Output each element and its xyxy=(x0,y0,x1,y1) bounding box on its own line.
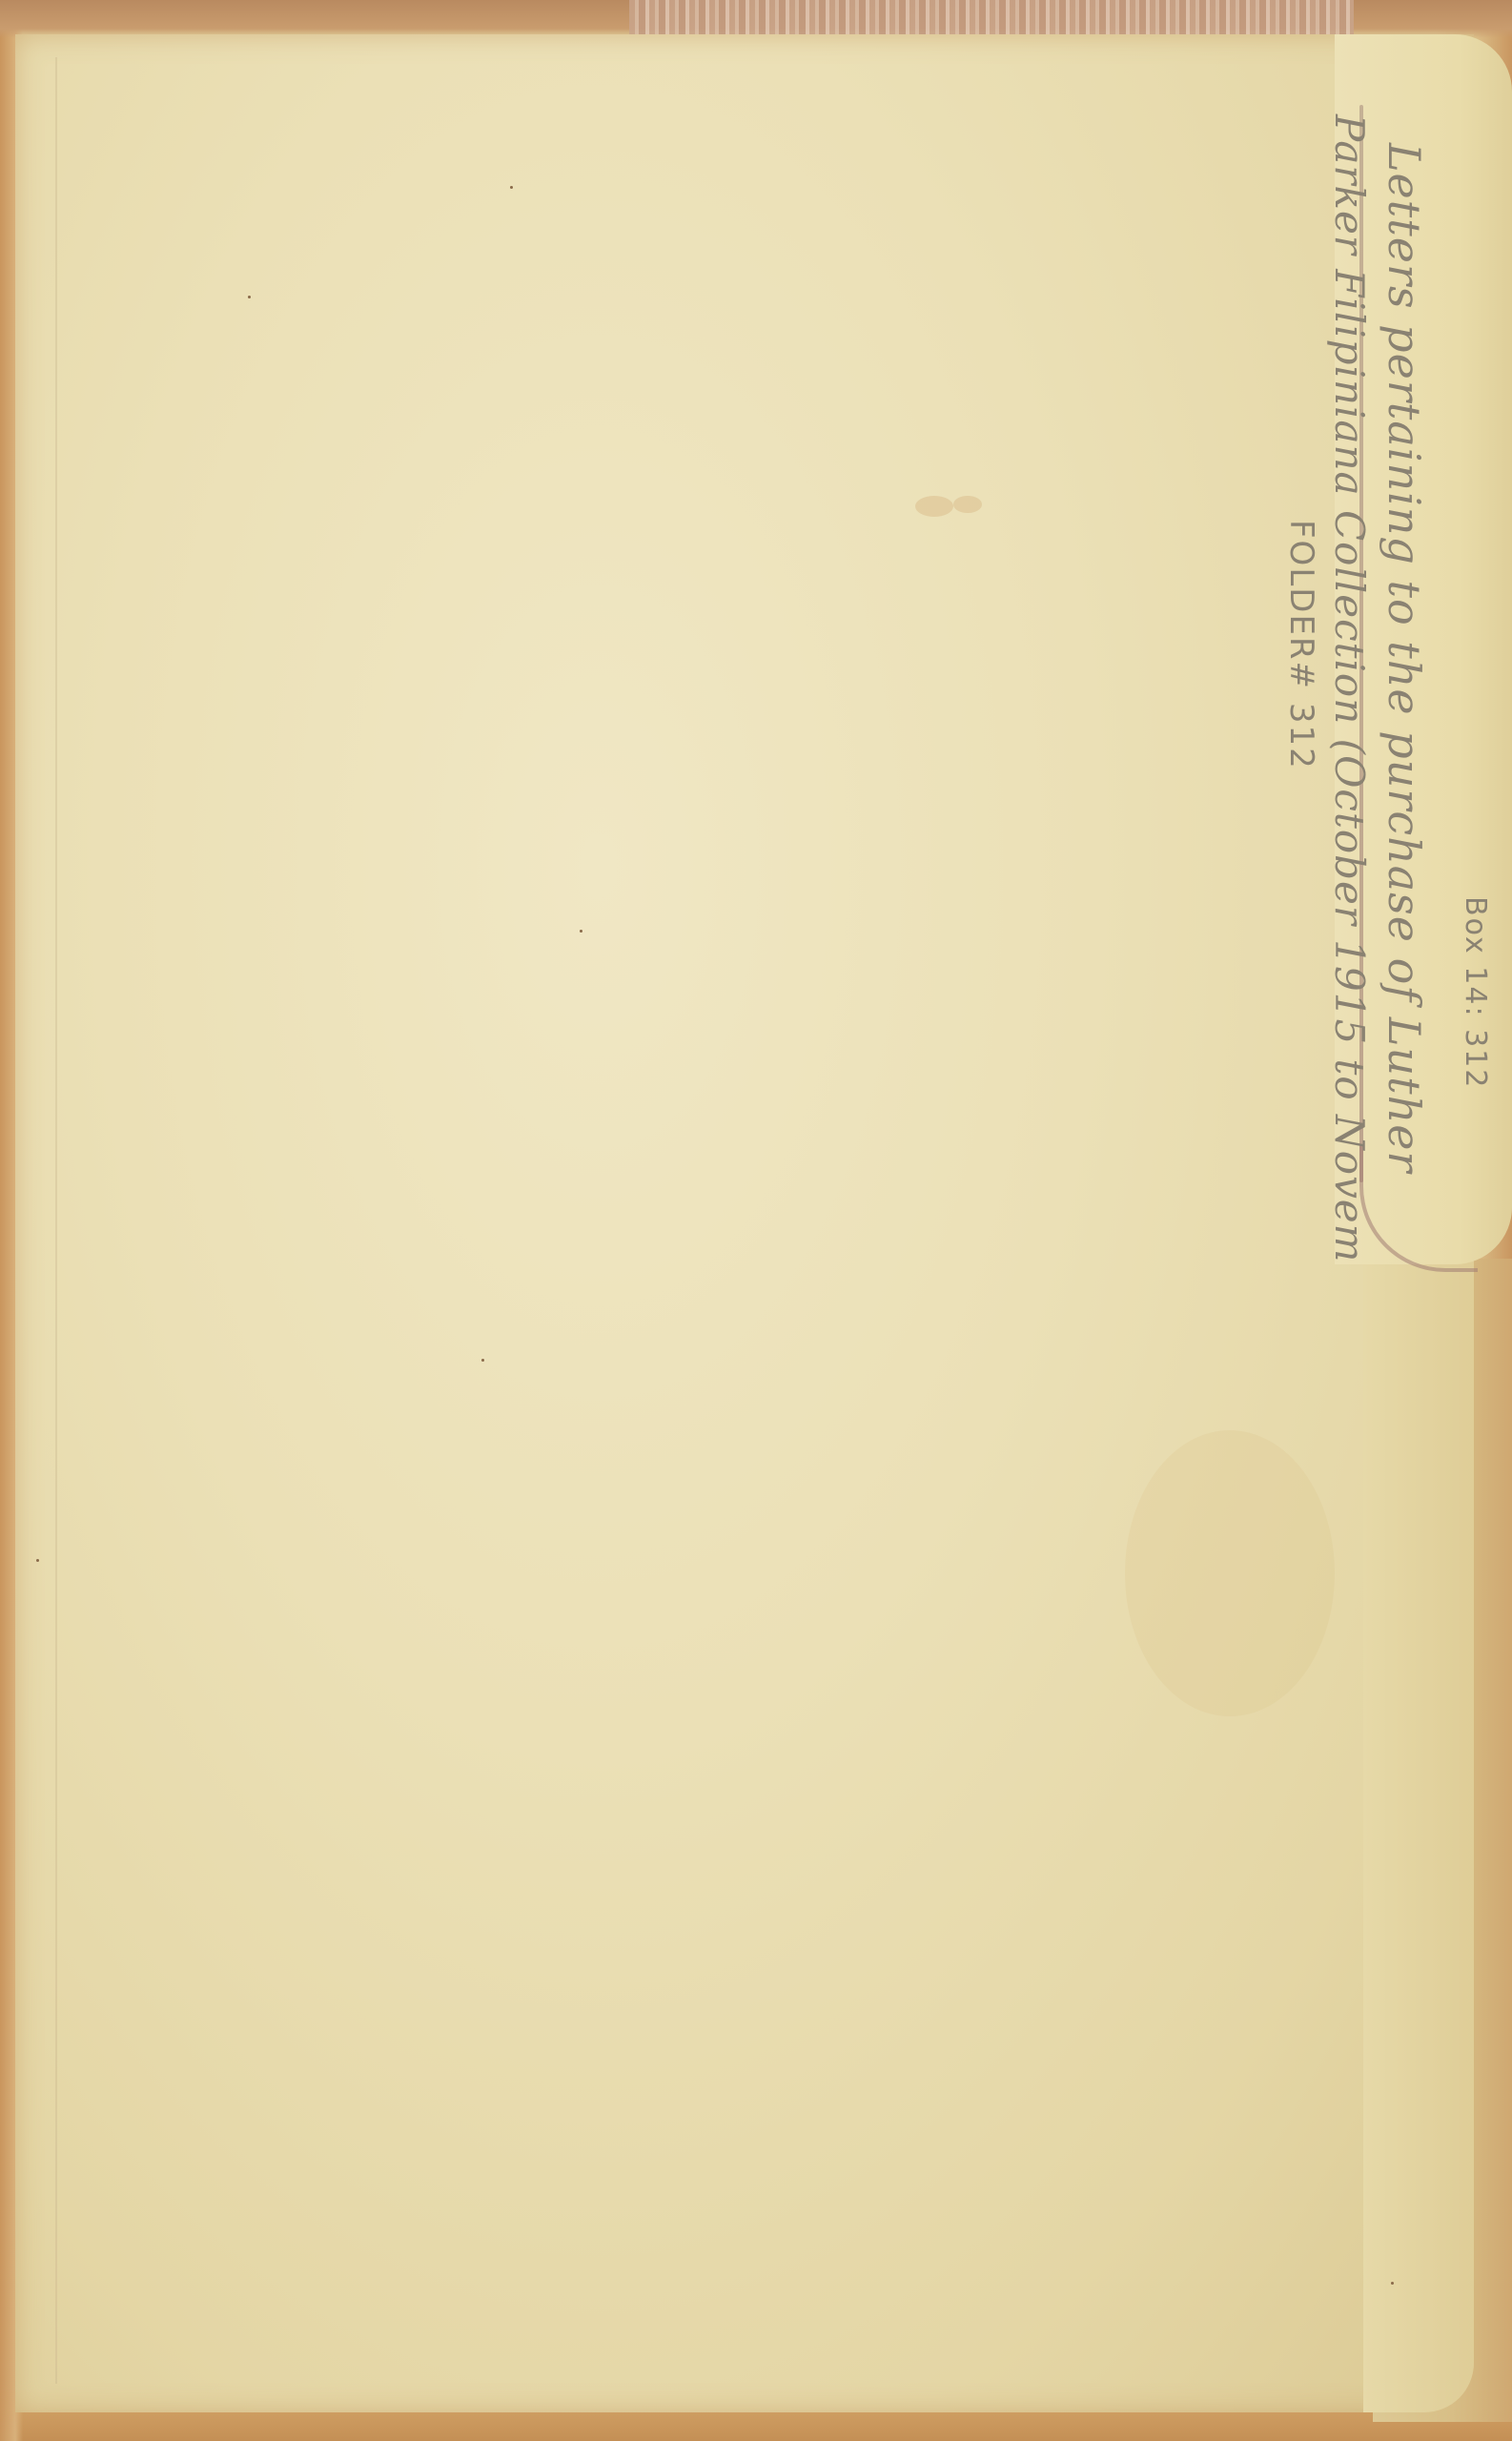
tab-label-line-1: Letters pertaining to the purchase of Lu… xyxy=(1379,143,1430,1173)
speck xyxy=(1391,2282,1394,2285)
speck xyxy=(580,930,582,933)
speck xyxy=(248,296,251,298)
box-reference-label: Box 14: 312 xyxy=(1459,896,1492,1089)
speck xyxy=(481,1359,484,1362)
speck xyxy=(36,1559,39,1562)
folder-front-cover xyxy=(15,34,1474,2412)
stain-mark xyxy=(915,496,953,517)
tab-label-line-2: Parker Filipiniana Collection (October 1… xyxy=(1326,114,1373,1262)
left-crease xyxy=(55,57,57,2384)
fabric-strip xyxy=(629,0,1354,34)
stain-mark xyxy=(1125,1430,1335,1716)
folder-lower-right xyxy=(1363,1259,1474,2412)
speck xyxy=(510,186,513,189)
folder-number-label: FOLDER# 312 xyxy=(1282,520,1320,770)
stain-mark xyxy=(953,496,982,513)
